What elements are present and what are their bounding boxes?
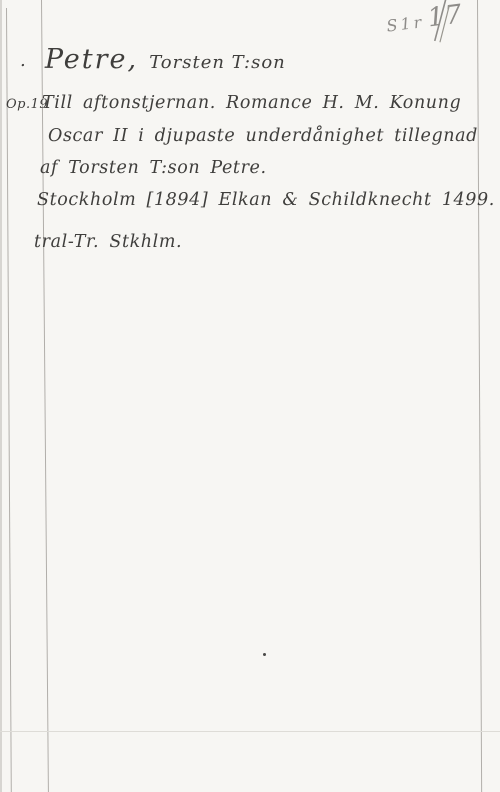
entry-line-imprint: Stockholm [1894] Elkan & Schildknecht 14… (37, 190, 500, 210)
shelfmark-number: 17 (426, 0, 464, 33)
shelfmark-code: S1r (385, 12, 425, 35)
ink-speck (263, 653, 266, 656)
scan-edge (0, 0, 2, 792)
pencil-strike-icon (421, 0, 460, 44)
heading-surname: Petre, (45, 44, 138, 75)
pencil-shelfmark: S1r17 (384, 0, 464, 39)
catalog-ledger-page: S1r17 . Petre, Torsten T:son Op.19 Till … (0, 0, 500, 792)
entry-line-printer: tral-Tr. Stkhlm. (34, 232, 182, 252)
heading-dot: . (20, 50, 26, 71)
entry-line-dedication: Oscar II i djupaste underdånighet tilleg… (48, 126, 478, 146)
right-rule-line (477, 0, 482, 792)
heading-forename: Torsten T:son (149, 52, 286, 73)
entry-line-author: af Torsten T:son Petre. (40, 158, 267, 178)
margin-rule-line (41, 0, 49, 792)
faint-horizontal-rule (0, 731, 500, 732)
entry-line-title: Till aftonstjernan. Romance H. M. Konung (42, 93, 461, 113)
entry-heading: . Petre, Torsten T:son (20, 44, 286, 75)
left-rule-line (6, 8, 12, 792)
